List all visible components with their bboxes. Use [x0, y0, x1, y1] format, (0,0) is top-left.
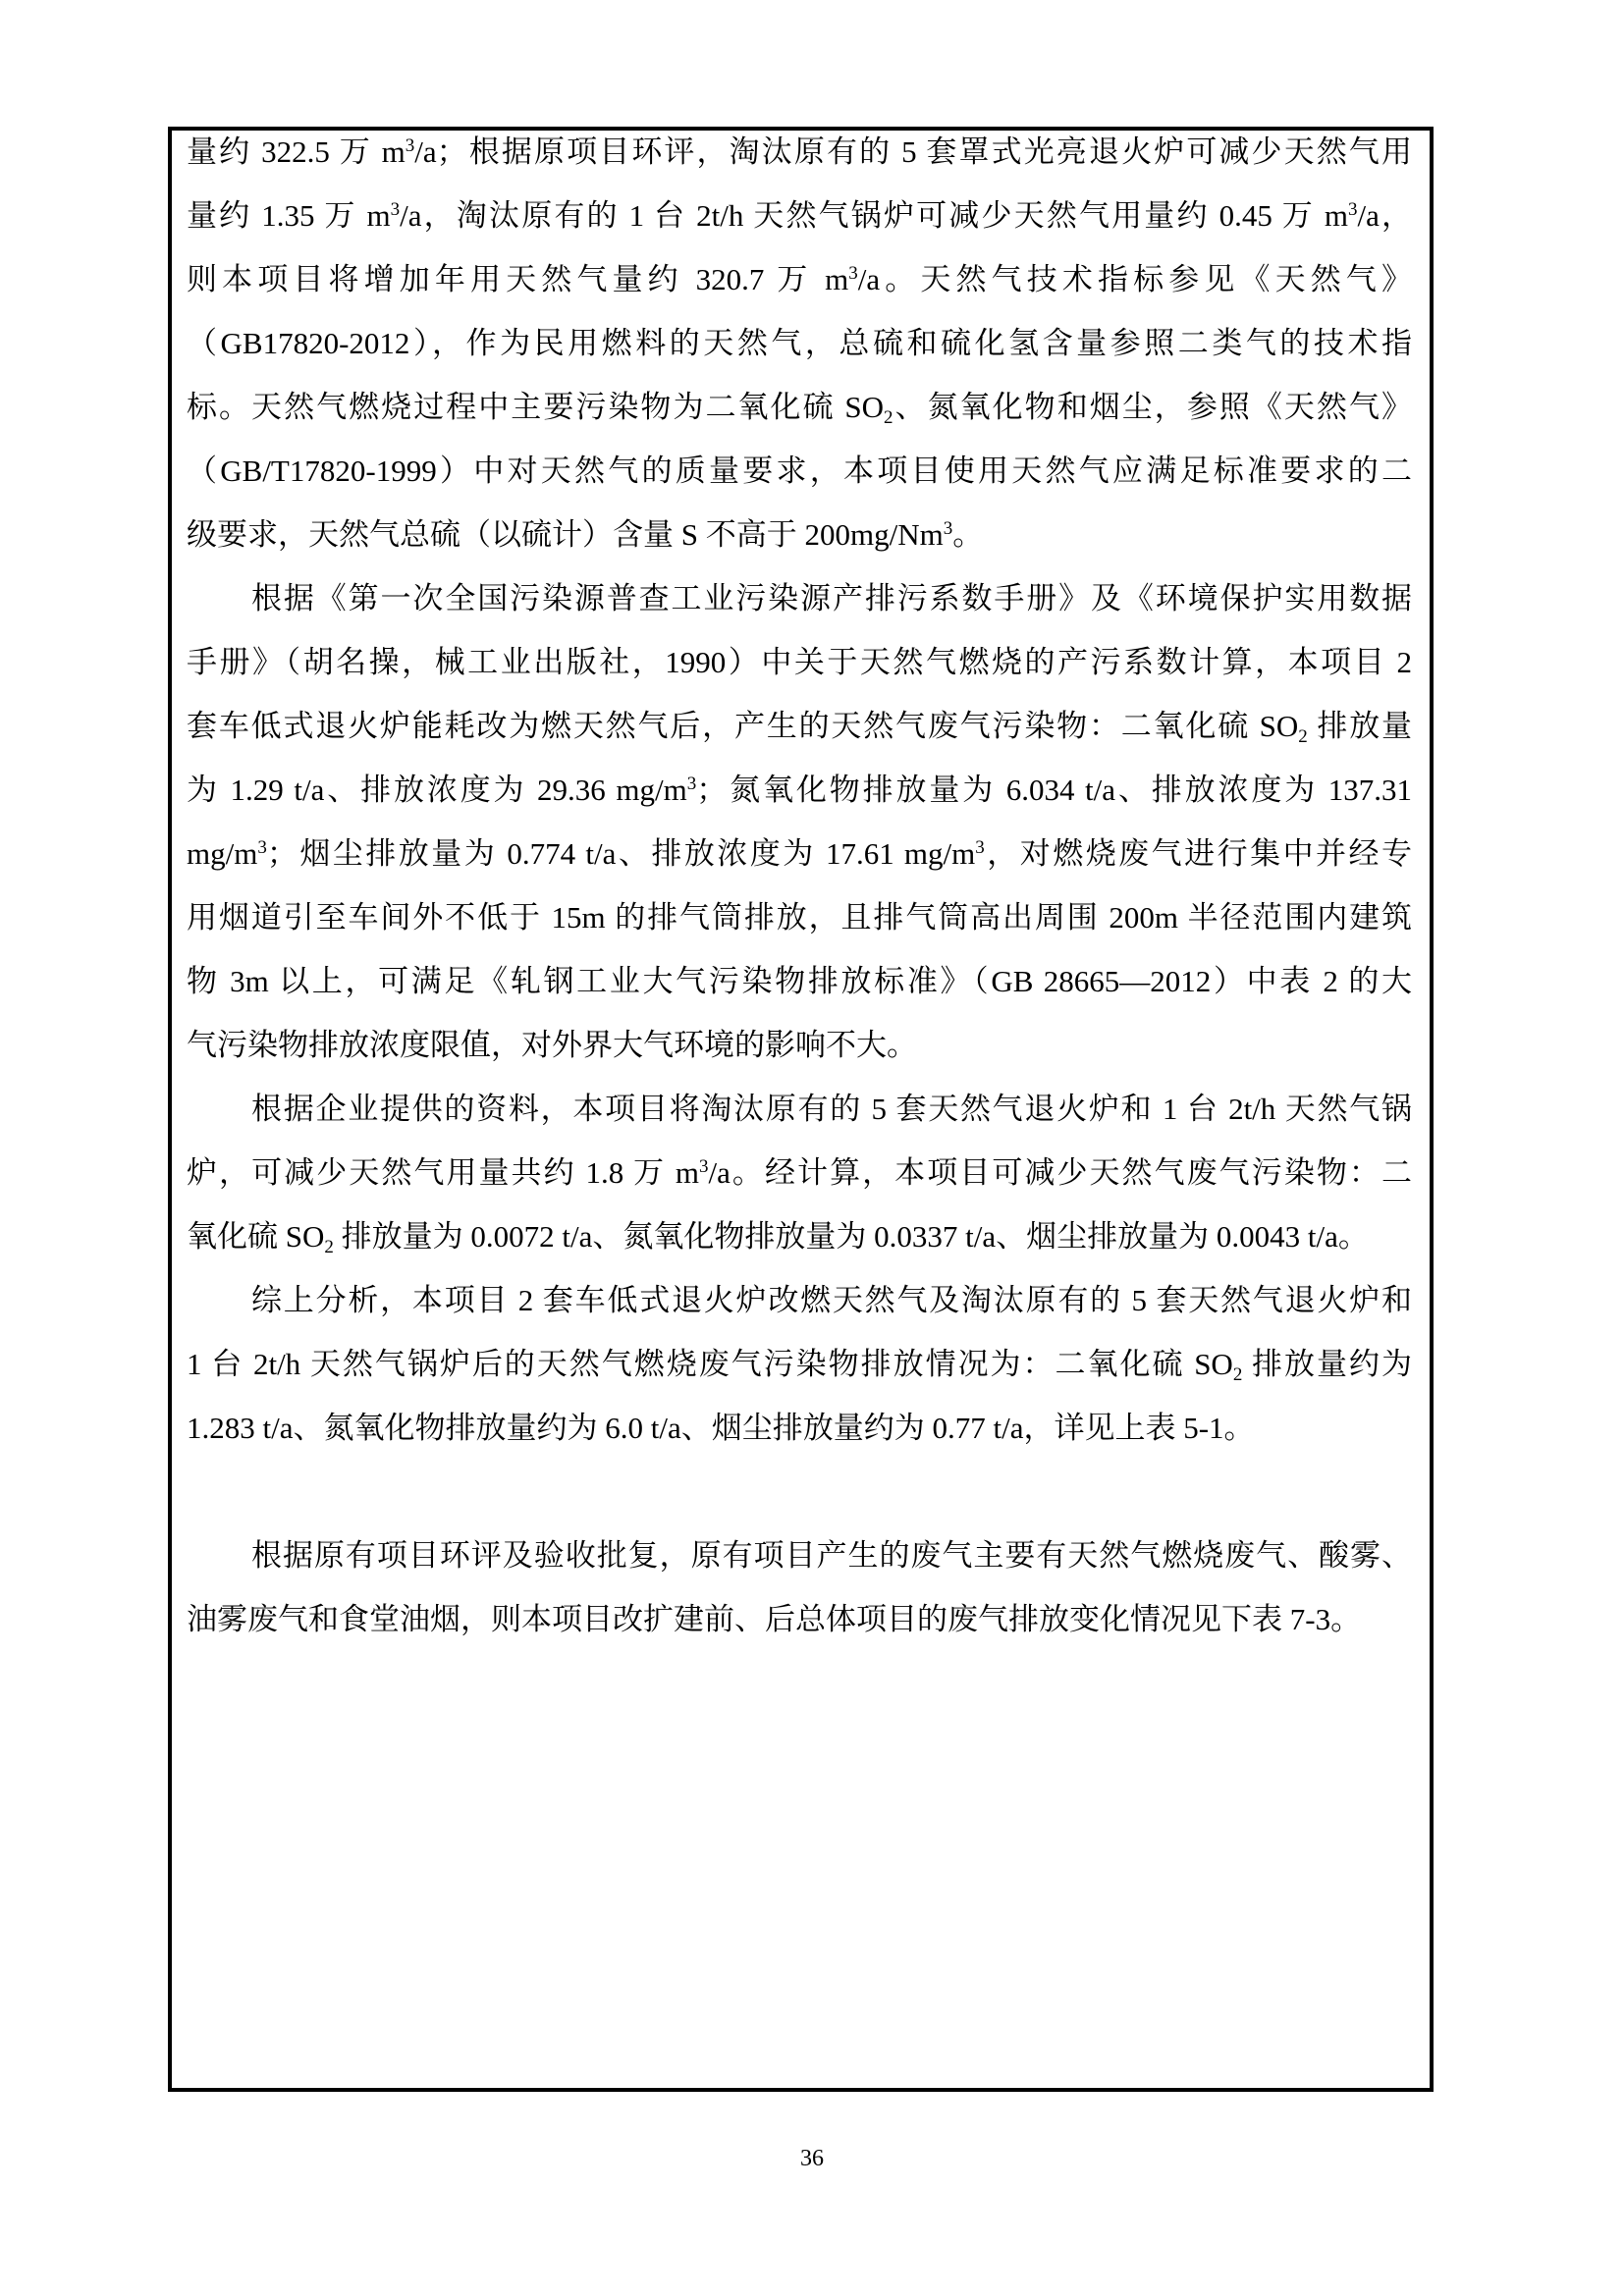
text-segment: /a。天然气技术指标参见《天然气》 [858, 262, 1412, 296]
text-segment: 量约 1.35 万 m [187, 198, 391, 233]
text-segment: （GB17820-2012），作为民用燃料的天然气，总硫和硫化氢含量参照二类气的… [187, 326, 1412, 360]
text-line: 1.283 t/a、氮氧化物排放量约为 6.0 t/a、烟尘排放量约为 0.77… [187, 1396, 1412, 1460]
paragraph-emission-reduction: 根据企业提供的资料，本项目将淘汰原有的 5 套天然气退火炉和 1 台 2t/h … [187, 1077, 1412, 1268]
text-segment: 2 [884, 407, 893, 428]
text-segment: 根据《第一次全国污染源普查工业污染源产排污系数手册》及《环境保护实用数据 [251, 581, 1412, 615]
text-segment: 2 [1298, 726, 1308, 747]
text-segment: 则本项目将增加年用天然气量约 320.7 万 m [187, 262, 848, 296]
text-segment: 综上分析，本项目 2 套车低式退火炉改燃天然气及淘汰原有的 5 套天然气退火炉和 [251, 1283, 1412, 1317]
text-segment: 用烟道引至车间外不低于 15m 的排气筒排放，且排气筒高出周围 200m 半径范… [187, 900, 1412, 934]
paragraph-blank [187, 1460, 1412, 1523]
text-segment: /a；根据原项目环评，淘汰原有的 5 套罩式光亮退火炉可减少天然气用 [414, 134, 1412, 169]
text-line: 手册》（胡名操，械工业出版社，1990）中关于天然气燃烧的产污系数计算，本项目 … [187, 630, 1412, 694]
text-segment: 3 [848, 263, 858, 284]
text-segment: ；烟尘排放量为 0.774 t/a、排放浓度为 17.61 mg/m [267, 836, 975, 871]
text-segment: 级要求，天然气总硫（以硫计）含量 S 不高于 200mg/Nm [187, 517, 944, 552]
text-line: 根据企业提供的资料，本项目将淘汰原有的 5 套天然气退火炉和 1 台 2t/h … [187, 1077, 1412, 1141]
text-segment: 2 [324, 1237, 334, 1257]
text-segment: 根据企业提供的资料，本项目将淘汰原有的 5 套天然气退火炉和 1 台 2t/h … [251, 1092, 1412, 1126]
text-line: 综上分析，本项目 2 套车低式退火炉改燃天然气及淘汰原有的 5 套天然气退火炉和 [187, 1268, 1412, 1332]
text-segment: 3 [1348, 199, 1358, 220]
text-segment: 炉，可减少天然气用量共约 1.8 万 m [187, 1155, 699, 1190]
paragraph-summary: 综上分析，本项目 2 套车低式退火炉改燃天然气及淘汰原有的 5 套天然气退火炉和… [187, 1268, 1412, 1460]
text-segment: 3 [391, 199, 401, 220]
text-segment: 。 [952, 517, 983, 552]
text-segment: mg/m [187, 836, 257, 871]
text-segment: ；氮氧化物排放量为 6.034 t/a、排放浓度为 137.31 [696, 773, 1412, 807]
text-segment: /a， [1357, 198, 1412, 233]
text-segment: 氧化硫 SO [187, 1219, 324, 1254]
text-line: 则本项目将增加年用天然气量约 320.7 万 m3/a。天然气技术指标参见《天然… [187, 247, 1412, 311]
text-segment: 标。天然气燃烧过程中主要污染物为二氧化硫 SO [187, 390, 884, 424]
text-line: 级要求，天然气总硫（以硫计）含量 S 不高于 200mg/Nm3。 [187, 503, 1412, 566]
text-line: 为 1.29 t/a、排放浓度为 29.36 mg/m3；氮氧化物排放量为 6.… [187, 758, 1412, 822]
text-line: 量约 322.5 万 m3/a；根据原项目环评，淘汰原有的 5 套罩式光亮退火炉… [187, 120, 1412, 184]
text-line: 用烟道引至车间外不低于 15m 的排气筒排放，且排气筒高出周围 200m 半径范… [187, 885, 1412, 949]
text-line: 油雾废气和食堂油烟，则本项目改扩建前、后总体项目的废气排放变化情况见下表 7-3… [187, 1587, 1412, 1651]
text-segment: 2 [1233, 1364, 1243, 1385]
text-segment: ，对燃烧废气进行集中并经专 [985, 836, 1412, 871]
text-segment: 排放量约为 [1242, 1347, 1412, 1381]
text-segment: 油雾废气和食堂油烟，则本项目改扩建前、后总体项目的废气排放变化情况见下表 7-3… [187, 1602, 1361, 1636]
document-body: 量约 322.5 万 m3/a；根据原项目环评，淘汰原有的 5 套罩式光亮退火炉… [187, 120, 1412, 1651]
text-line: 气污染物排放浓度限值，对外界大气环境的影响不大。 [187, 1013, 1412, 1077]
text-line: 根据原有项目环评及验收批复，原有项目产生的废气主要有天然气燃烧废气、酸雾、 [187, 1523, 1412, 1587]
text-segment: 为 1.29 t/a、排放浓度为 29.36 mg/m [187, 773, 687, 807]
text-segment: 3 [406, 135, 415, 156]
text-segment: 物 3m 以上，可满足《轧钢工业大气污染物排放标准》（GB 28665—2012… [187, 964, 1412, 998]
text-segment: 气污染物排放浓度限值，对外界大气环境的影响不大。 [187, 1028, 917, 1062]
text-line: （GB/T17820-1999）中对天然气的质量要求，本项目使用天然气应满足标准… [187, 439, 1412, 503]
text-line: 炉，可减少天然气用量共约 1.8 万 m3/a。经计算，本项目可减少天然气废气污… [187, 1141, 1412, 1204]
text-line: 物 3m 以上，可满足《轧钢工业大气污染物排放标准》（GB 28665—2012… [187, 949, 1412, 1013]
text-line: mg/m3；烟尘排放量为 0.774 t/a、排放浓度为 17.61 mg/m3… [187, 822, 1412, 885]
page-number: 36 [0, 2146, 1624, 2172]
text-line: 标。天然气燃烧过程中主要污染物为二氧化硫 SO2、氮氧化物和烟尘，参照《天然气》 [187, 375, 1412, 439]
text-line: 量约 1.35 万 m3/a，淘汰原有的 1 台 2t/h 天然气锅炉可减少天然… [187, 184, 1412, 247]
text-segment: 3 [687, 774, 697, 794]
text-segment: 3 [257, 837, 267, 858]
text-segment: 3 [975, 837, 985, 858]
text-segment: 根据原有项目环评及验收批复，原有项目产生的废气主要有天然气燃烧废气、酸雾、 [251, 1538, 1412, 1573]
text-segment: 1 台 2t/h 天然气锅炉后的天然气燃烧废气污染物排放情况为：二氧化硫 SO [187, 1347, 1233, 1381]
text-line: 套车低式退火炉能耗改为燃天然气后，产生的天然气废气污染物：二氧化硫 SO2 排放… [187, 694, 1412, 758]
text-segment: 排放量为 0.0072 t/a、氮氧化物排放量为 0.0337 t/a、烟尘排放… [334, 1219, 1369, 1254]
text-segment: 、氮氧化物和烟尘，参照《天然气》 [893, 390, 1412, 424]
text-segment: 3 [699, 1156, 709, 1177]
text-segment: （GB/T17820-1999）中对天然气的质量要求，本项目使用天然气应满足标准… [187, 454, 1412, 488]
text-segment: 手册》（胡名操，械工业出版社，1990）中关于天然气燃烧的产污系数计算，本项目 … [187, 645, 1412, 679]
text-segment: 3 [944, 518, 953, 539]
text-segment: 排放量 [1308, 709, 1412, 743]
paragraph-natural-gas-consumption: 量约 322.5 万 m3/a；根据原项目环评，淘汰原有的 5 套罩式光亮退火炉… [187, 120, 1412, 566]
text-line: （GB17820-2012），作为民用燃料的天然气，总硫和硫化氢含量参照二类气的… [187, 311, 1412, 375]
text-line: 1 台 2t/h 天然气锅炉后的天然气燃烧废气污染物排放情况为：二氧化硫 SO2… [187, 1332, 1412, 1396]
text-line: 氧化硫 SO2 排放量为 0.0072 t/a、氮氧化物排放量为 0.0337 … [187, 1204, 1412, 1268]
text-segment: 量约 322.5 万 m [187, 134, 406, 169]
text-segment: /a，淘汰原有的 1 台 2t/h 天然气锅炉可减少天然气用量约 0.45 万 … [400, 198, 1348, 233]
paragraph-emission-calculation: 根据《第一次全国污染源普查工业污染源产排污系数手册》及《环境保护实用数据手册》（… [187, 566, 1412, 1077]
paragraph-overall-changes: 根据原有项目环评及验收批复，原有项目产生的废气主要有天然气燃烧废气、酸雾、油雾废… [187, 1523, 1412, 1651]
text-segment: /a。经计算，本项目可减少天然气废气污染物：二 [708, 1155, 1412, 1190]
text-line: 根据《第一次全国污染源普查工业污染源产排污系数手册》及《环境保护实用数据 [187, 566, 1412, 630]
text-segment: 套车低式退火炉能耗改为燃天然气后，产生的天然气废气污染物：二氧化硫 SO [187, 709, 1298, 743]
text-segment: 1.283 t/a、氮氧化物排放量约为 6.0 t/a、烟尘排放量约为 0.77… [187, 1411, 1255, 1445]
